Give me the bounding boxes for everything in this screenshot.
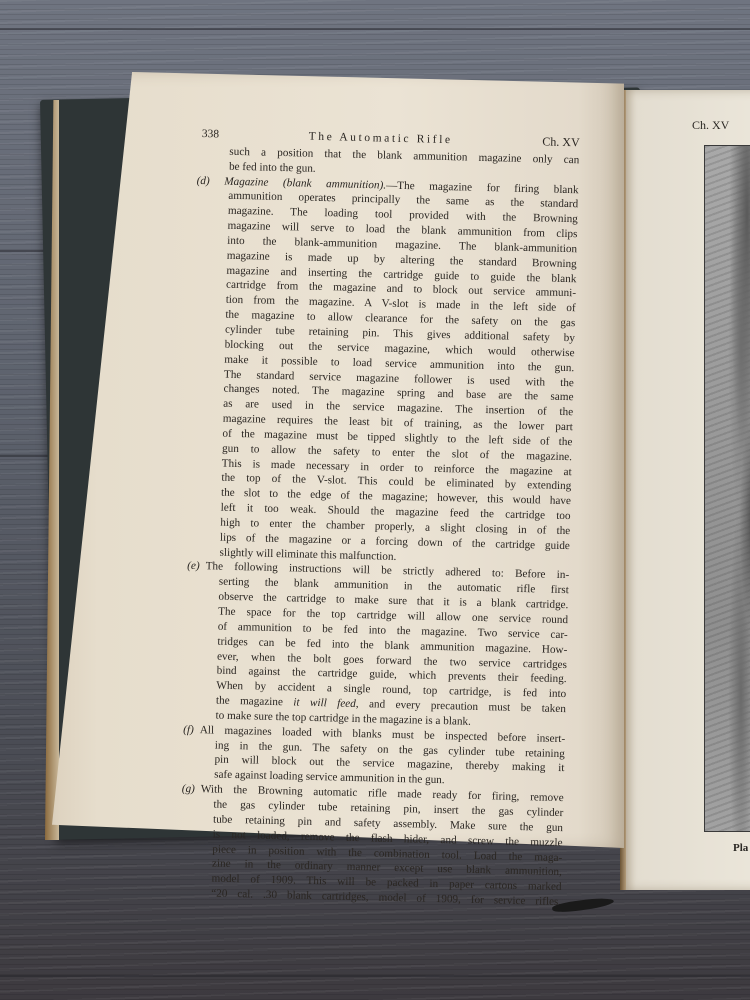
paragraph-g: (g)With the Browning automatic rifle mad… [181, 782, 564, 910]
paragraph-e: (e)The following instructions will be st… [185, 559, 569, 732]
section-label-f: (f) [183, 724, 194, 736]
section-label-e: (e) [187, 560, 200, 572]
emphasis-text: it will feed [293, 697, 356, 711]
paragraph-d: (d) Magazine (blank ammunition).—The mag… [189, 174, 578, 569]
right-page-chapter-ref: Ch. XV [692, 118, 729, 133]
chapter-ref: Ch. XV [542, 134, 580, 150]
section-label-d: (d) Magazine (blank ammunition). [197, 174, 387, 191]
text-fragment: the magazine [216, 695, 294, 709]
plate-caption: Pla [733, 842, 748, 854]
section-label-g: (g) [182, 783, 195, 795]
page-number: 338 [202, 127, 220, 142]
left-page-text: 338 The Automatic Rifle Ch. XV such a po… [181, 126, 580, 910]
table-plank-seam [0, 28, 750, 30]
table-plank-seam [0, 975, 750, 977]
running-title: The Automatic Rifle [309, 130, 453, 148]
paragraph-f: (f)All magazines loaded with blanks must… [184, 723, 565, 792]
plate-illustration [704, 145, 750, 832]
